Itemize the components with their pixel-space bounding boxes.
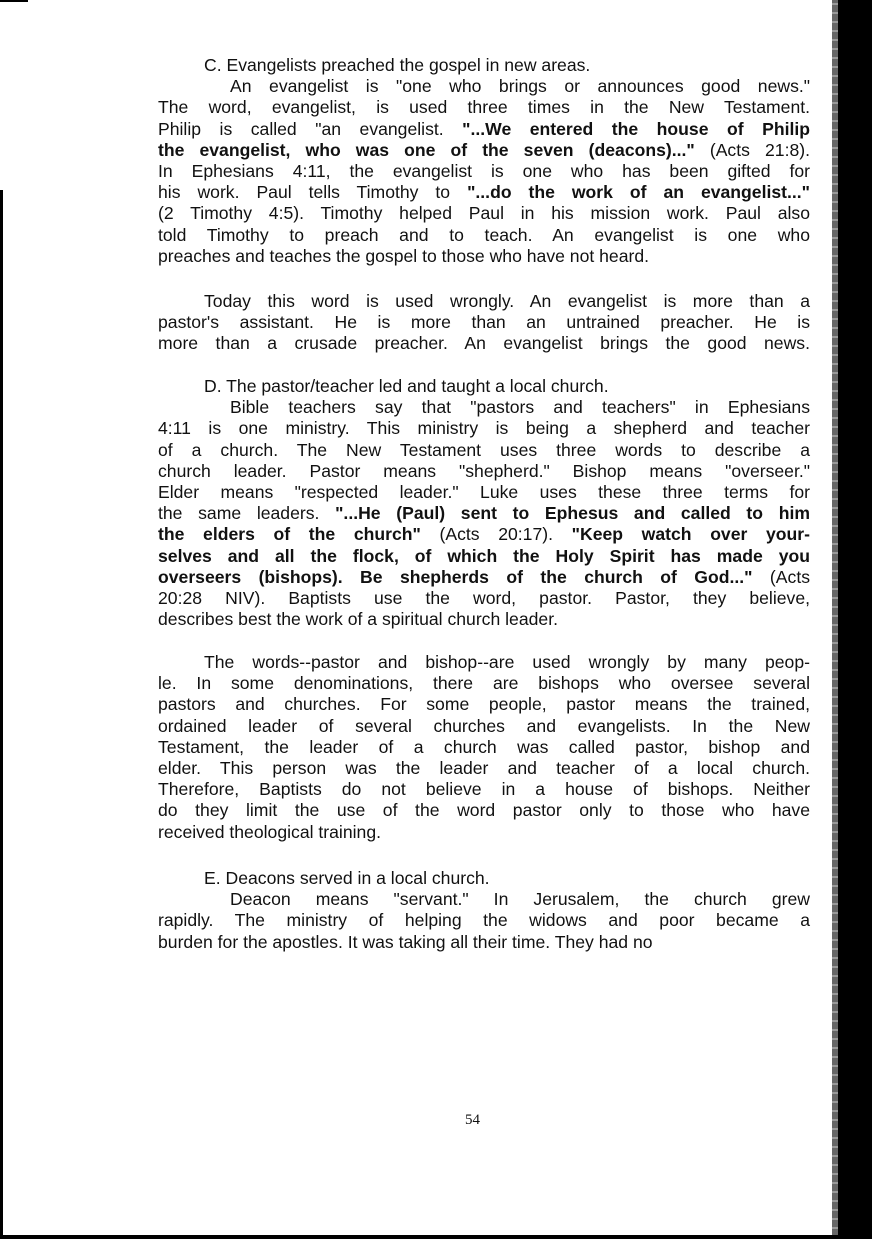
text-line: 20:28 NIV). Baptists use the word, pasto… (158, 588, 810, 609)
text-line: elder. This person was the leader and te… (158, 758, 810, 779)
text-line: the evangelist, who was one of the seven… (158, 140, 810, 161)
text-line: ordained leader of several churches and … (158, 716, 810, 737)
scan-edge-left (0, 190, 3, 1239)
text-line: 4:11 is one ministry. This ministry is b… (158, 418, 810, 439)
text-line: Testament, the leader of a church was ca… (158, 737, 810, 758)
text-line: of a church. The New Testament uses thre… (158, 440, 810, 461)
scripture-reference: (Acts 20:17). (421, 524, 572, 544)
text-line: the same leaders. "...He (Paul) sent to … (158, 503, 810, 524)
text-line: pastor's assistant. He is more than an u… (158, 312, 810, 333)
text-line: describes best the work of a spiritual c… (158, 609, 810, 630)
scripture-reference: (Acts 21:8). (695, 140, 810, 160)
text-run: Philip is called "an evangelist. (158, 119, 462, 139)
scripture-quote: "...We entered the house of Philip (462, 119, 810, 139)
section-d: D. The pastor/teacher led and taught a l… (158, 376, 810, 630)
text-line: The word, evangelist, is used three time… (158, 97, 810, 118)
text-run: the same leaders. (158, 503, 335, 523)
text-line: Deacon means "servant." In Jerusalem, th… (158, 889, 810, 910)
text-line: pastors and churches. For some people, p… (158, 694, 810, 715)
section-c-paragraph-2: Today this word is used wrongly. An evan… (158, 291, 810, 355)
text-line: le. In some denominations, there are bis… (158, 673, 810, 694)
text-line: church leader. Pastor means "shepherd." … (158, 461, 810, 482)
text-line: preaches and teaches the gospel to those… (158, 246, 810, 267)
text-line: do they limit the use of the word pastor… (158, 800, 810, 821)
scan-edge-top (0, 0, 28, 2)
text-line: burden for the apostles. It was taking a… (158, 932, 810, 953)
scripture-quote: the elders of the church" (158, 524, 421, 544)
section-heading: C. Evangelists preached the gospel in ne… (158, 55, 810, 76)
text-line: (2 Timothy 4:5). Timothy helped Paul in … (158, 203, 810, 224)
text-line: Philip is called "an evangelist. "...We … (158, 119, 810, 140)
scripture-quote: "...He (Paul) sent to Ephesus and called… (335, 503, 810, 523)
scripture-reference: (Acts (753, 567, 811, 587)
text-line: Today this word is used wrongly. An evan… (158, 291, 810, 312)
text-line: The words--pastor and bishop--are used w… (158, 652, 810, 673)
text-line: rapidly. The ministry of helping the wid… (158, 910, 810, 931)
text-line: Bible teachers say that "pastors and tea… (158, 397, 810, 418)
section-e: E. Deacons served in a local church. Dea… (158, 868, 810, 953)
text-line: Elder means "respected leader." Luke use… (158, 482, 810, 503)
section-heading: D. The pastor/teacher led and taught a l… (158, 376, 810, 397)
section-c: C. Evangelists preached the gospel in ne… (158, 55, 810, 267)
scripture-quote: selves and all the flock, of which the H… (158, 546, 810, 567)
text-line: his work. Paul tells Timothy to "...do t… (158, 182, 810, 203)
text-line: An evangelist is "one who brings or anno… (158, 76, 810, 97)
text-line: the elders of the church" (Acts 20:17). … (158, 524, 810, 545)
text-line: more than a crusade preacher. An evangel… (158, 333, 810, 354)
text-line: told Timothy to preach and to teach. An … (158, 225, 810, 246)
scripture-quote: "...do the work of an evangelist..." (467, 182, 810, 202)
section-d-paragraph-2: The words--pastor and bishop--are used w… (158, 652, 810, 843)
scripture-quote: overseers (bishops). Be shepherds of the… (158, 567, 753, 587)
text-run: his work. Paul tells Timothy to (158, 182, 467, 202)
section-heading: E. Deacons served in a local church. (158, 868, 810, 889)
scan-edge-bottom (0, 1235, 840, 1239)
scan-edge-right (838, 0, 872, 1239)
scripture-quote: the evangelist, who was one of the seven… (158, 140, 695, 160)
text-line: overseers (bishops). Be shepherds of the… (158, 567, 810, 588)
scripture-quote: "Keep watch over your- (572, 524, 810, 544)
page-number: 54 (465, 1112, 480, 1129)
text-line: received theological training. (158, 822, 810, 843)
text-line: Therefore, Baptists do not believe in a … (158, 779, 810, 800)
text-line: In Ephesians 4:11, the evangelist is one… (158, 161, 810, 182)
